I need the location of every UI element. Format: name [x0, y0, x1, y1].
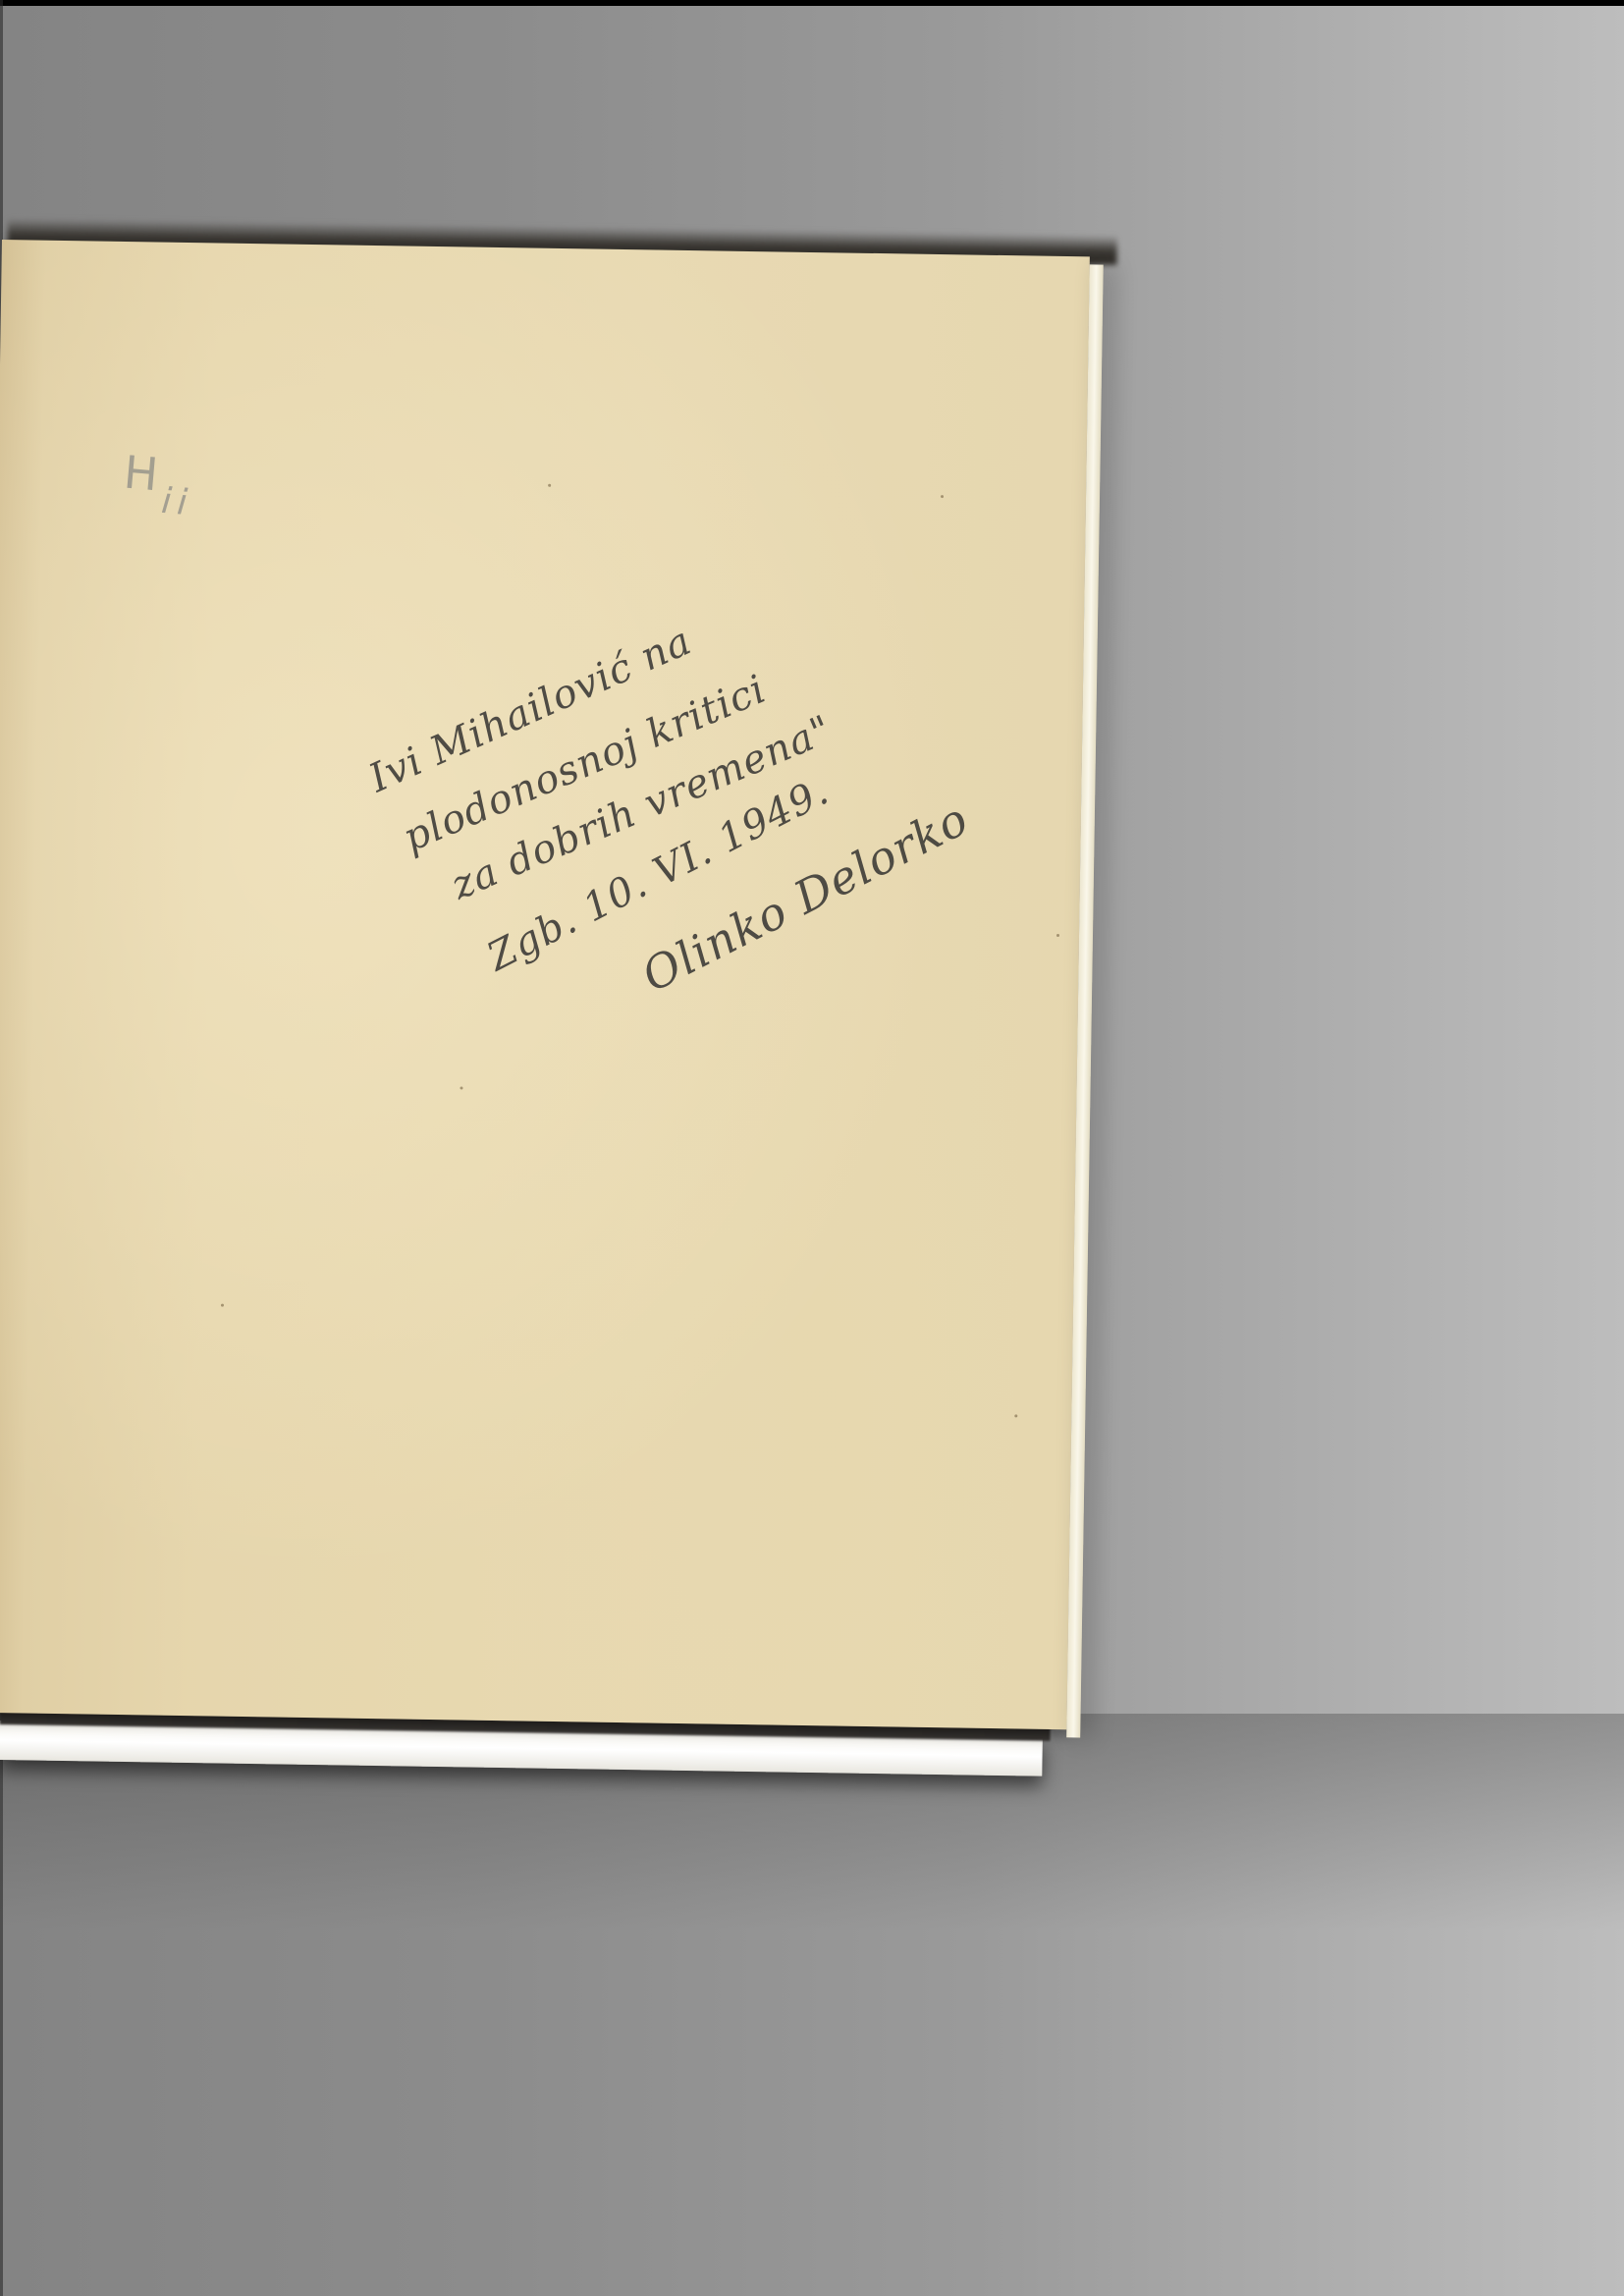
handwritten-inscription: Ivi Mihailović na plodonosnoj kritici za…: [0, 240, 1090, 1729]
scan-top-border: [0, 0, 1624, 6]
book-page: Hii Ivi Mihailović na plodonosnoj kritic…: [0, 240, 1090, 1729]
book: Hii Ivi Mihailović na plodonosnoj kritic…: [0, 226, 1139, 1777]
